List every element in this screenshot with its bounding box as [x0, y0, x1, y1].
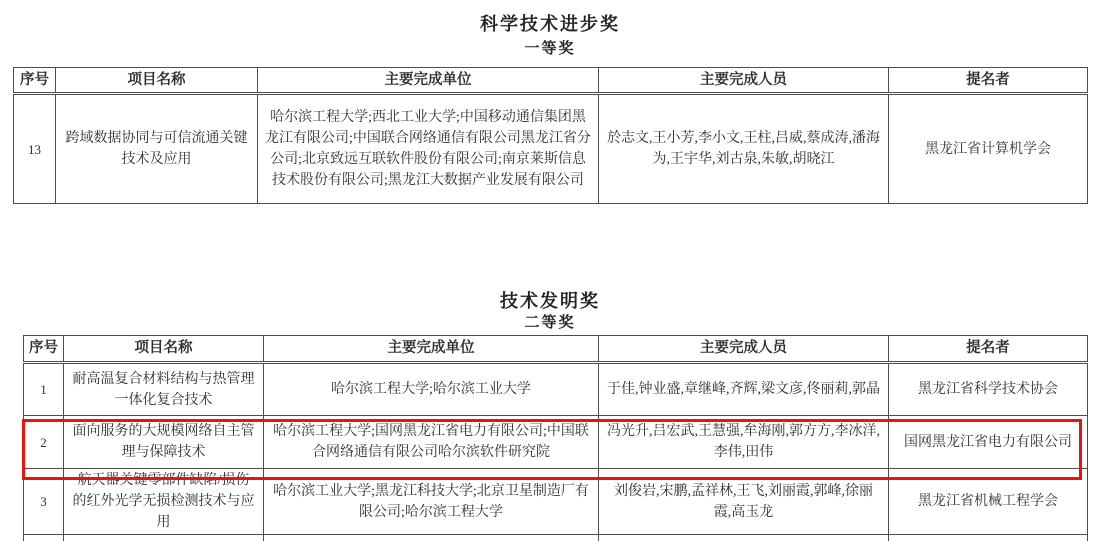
cell-no: 3	[24, 469, 64, 535]
cell-no: 2	[24, 416, 64, 469]
col-header-personnel: 主要完成人员	[599, 68, 889, 94]
cell-nominator: 黑龙江省机械工程学会	[889, 469, 1088, 535]
award-title-progress: 科学技术进步奖	[0, 10, 1100, 36]
cell-project: 航天器关键零部件缺陷/损伤的红外光学无损检测技术与应用	[64, 469, 264, 535]
cell-units: 哈尔滨工程大学;西北工业大学;中国移动通信集团黑龙江有限公司;中国联合网络通信有…	[258, 94, 599, 204]
col-header-project: 项目名称	[56, 68, 258, 94]
cell-personnel: 于佳,钟业盛,章继峰,齐辉,梁文彦,佟丽莉,郭晶	[599, 363, 889, 416]
cell-units: 哈尔滨工程大学;国网黑龙江省电力有限公司;中国联合网络通信有限公司哈尔滨软件研究…	[264, 416, 599, 469]
table-row: 1 耐高温复合材料结构与热管理一体化复合技术 哈尔滨工程大学;哈尔滨工业大学 于…	[24, 363, 1088, 416]
cell-units: 哈尔滨工业大学;黑龙江科技大学;北京卫星制造厂有限公司;哈尔滨工程大学	[264, 469, 599, 535]
col-header-no: 序号	[14, 68, 56, 94]
award-grade-first-prize: 一等奖	[0, 37, 1100, 58]
cell-units: 哈尔滨工程大学;哈尔滨工业大学	[264, 363, 599, 416]
cell-personnel: 於志文,王小芳,李小文,王柱,吕威,蔡成涛,潘海为,王宇华,刘古泉,朱敏,胡晓江	[599, 94, 889, 204]
col-header-units: 主要完成单位	[258, 68, 599, 94]
scanned-award-document: { "highlight": { "color": "#e8150c" }, "…	[0, 0, 1100, 550]
cell-nominator: 黑龙江省计算机学会	[889, 94, 1088, 204]
table-row-highlighted: 2 面向服务的大规模网络自主管理与保障技术 哈尔滨工程大学;国网黑龙江省电力有限…	[24, 416, 1088, 469]
cell-project: 跨域数据协同与可信流通关键技术及应用	[56, 94, 258, 204]
cell-nominator: 国网黑龙江省电力有限公司	[889, 416, 1088, 469]
col-header-units: 主要完成单位	[264, 336, 599, 363]
award-grade-second-prize: 二等奖	[0, 311, 1100, 332]
cell-project: 耐高温复合材料结构与热管理一体化复合技术	[64, 363, 264, 416]
col-header-no: 序号	[24, 336, 64, 363]
cell-project: 面向服务的大规模网络自主管理与保障技术	[64, 416, 264, 469]
progress-award-table: 序号 项目名称 主要完成单位 主要完成人员 提名者 13 跨域数据协同与可信流通…	[13, 67, 1088, 204]
table-row-cutoff	[24, 535, 1088, 541]
table-header-row: 序号 项目名称 主要完成单位 主要完成人员 提名者	[24, 336, 1088, 363]
table-row: 3 航天器关键零部件缺陷/损伤的红外光学无损检测技术与应用 哈尔滨工业大学;黑龙…	[24, 469, 1088, 535]
award-title-invention: 技术发明奖	[0, 287, 1100, 313]
cell-nominator: 黑龙江省科学技术协会	[889, 363, 1088, 416]
cell-personnel: 刘俊岩,宋鹏,孟祥林,王飞,刘丽霞,郭峰,徐丽霞,高玉龙	[599, 469, 889, 535]
invention-award-table: 序号 项目名称 主要完成单位 主要完成人员 提名者 1 耐高温复合材料结构与热管…	[23, 335, 1088, 541]
col-header-nominator: 提名者	[889, 336, 1088, 363]
col-header-personnel: 主要完成人员	[599, 336, 889, 363]
table-row: 13 跨域数据协同与可信流通关键技术及应用 哈尔滨工程大学;西北工业大学;中国移…	[14, 94, 1088, 204]
cell-personnel: 冯光升,吕宏武,王慧强,牟海刚,郭方方,李冰洋,李伟,田伟	[599, 416, 889, 469]
col-header-nominator: 提名者	[889, 68, 1088, 94]
cell-no: 13	[14, 94, 56, 204]
cell-no: 1	[24, 363, 64, 416]
table-header-row: 序号 项目名称 主要完成单位 主要完成人员 提名者	[14, 68, 1088, 94]
col-header-project: 项目名称	[64, 336, 264, 363]
